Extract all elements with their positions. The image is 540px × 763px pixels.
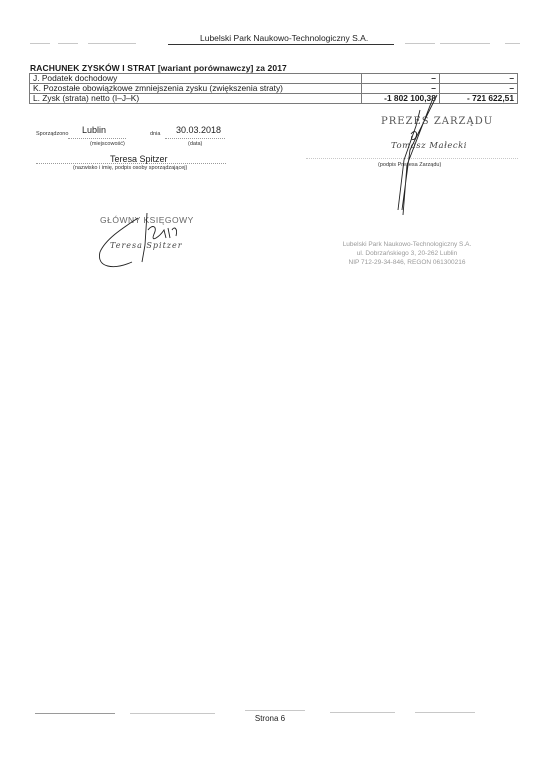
row-current-value: – bbox=[361, 84, 439, 94]
row-previous-value: – bbox=[439, 74, 517, 84]
header-rule bbox=[88, 43, 136, 44]
day-label: dnia bbox=[150, 131, 160, 137]
header-rule bbox=[440, 43, 490, 44]
company-stamp-line: Lubelski Park Naukowo-Technologiczny S.A… bbox=[342, 240, 472, 249]
president-stamp-title: PREZES ZARZĄDU bbox=[381, 116, 493, 127]
row-label: J. Podatek dochodowy bbox=[30, 74, 362, 84]
header-underline bbox=[168, 44, 394, 45]
prepared-label: Sporządzono bbox=[36, 131, 68, 137]
row-label: L. Zysk (strata) netto (I–J–K) bbox=[30, 94, 362, 104]
row-previous-value: – bbox=[439, 84, 517, 94]
company-stamp-line: NIP 712-29-34-846, REGON 061300216 bbox=[342, 258, 472, 267]
date-value: 30.03.2018 bbox=[176, 125, 221, 135]
header-rule bbox=[58, 43, 78, 44]
row-current-value: -1 802 100,38 bbox=[361, 94, 439, 104]
place-value: Lublin bbox=[82, 125, 106, 135]
date-caption: (data) bbox=[188, 141, 202, 147]
president-signature-line bbox=[306, 158, 518, 159]
accountant-stamp-title: GŁÓWNY KSIĘGOWY bbox=[100, 215, 194, 225]
company-header: Lubelski Park Naukowo-Technologiczny S.A… bbox=[200, 33, 368, 43]
handwritten-signatures bbox=[0, 0, 540, 763]
footer-rule bbox=[245, 710, 305, 711]
row-label: K. Pozostałe obowiązkowe zmniejszenia zy… bbox=[30, 84, 362, 94]
row-previous-value: - 721 622,51 bbox=[439, 94, 517, 104]
header-rule bbox=[405, 43, 435, 44]
statement-title: RACHUNEK ZYSKÓW I STRAT [wariant porówna… bbox=[30, 63, 287, 73]
company-stamp: Lubelski Park Naukowo-Technologiczny S.A… bbox=[342, 240, 472, 267]
president-stamp-name: Tomasz Małecki bbox=[391, 141, 467, 151]
company-stamp-line: ul. Dobrzańskiego 3, 20-262 Lublin bbox=[342, 249, 472, 258]
header-rule bbox=[505, 43, 520, 44]
place-line bbox=[68, 138, 126, 139]
preparer-name: Teresa Spitzer bbox=[110, 154, 168, 164]
accountant-stamp-name: Teresa Spitzer bbox=[110, 241, 183, 250]
president-caption: (podpis Prezesa Zarządu) bbox=[378, 162, 441, 168]
footer-rule bbox=[330, 712, 395, 713]
header-rule bbox=[30, 43, 50, 44]
table-row: L. Zysk (strata) netto (I–J–K) -1 802 10… bbox=[30, 94, 518, 104]
date-line bbox=[165, 138, 225, 139]
preparer-caption: (nazwisko i imię, podpis osoby sporządza… bbox=[73, 165, 187, 171]
footer-rule bbox=[415, 712, 475, 713]
page-number: Strona 6 bbox=[0, 714, 540, 723]
row-current-value: – bbox=[361, 74, 439, 84]
table-row: J. Podatek dochodowy – – bbox=[30, 74, 518, 84]
place-caption: (miejscowość) bbox=[90, 141, 125, 147]
table-row: K. Pozostałe obowiązkowe zmniejszenia zy… bbox=[30, 84, 518, 94]
income-statement-table: J. Podatek dochodowy – – K. Pozostałe ob… bbox=[29, 73, 518, 104]
